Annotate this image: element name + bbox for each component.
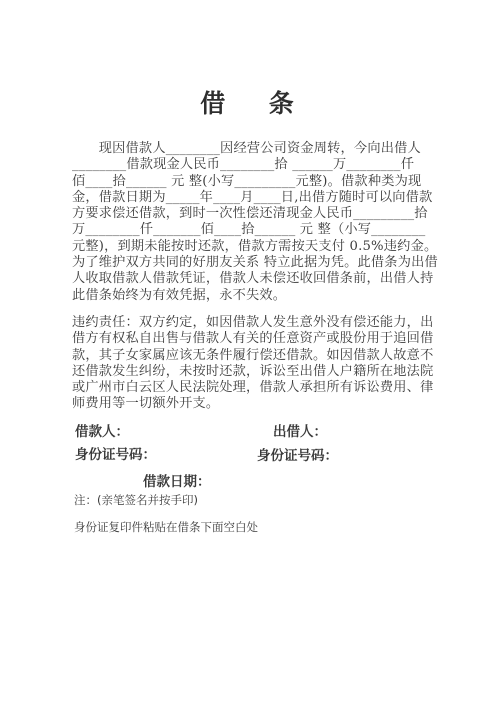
borrower-id-label: 身份证号码：	[75, 443, 156, 463]
loan-terms-line: 此借条始终为有效凭据，永不失效。	[72, 288, 437, 304]
id-copy-instruction-note: 身份证复印件粘贴在借条下面空白处	[74, 519, 258, 535]
loan-terms-line: 为了维护双方共同的好朋友关系 特立此据为凭。此借条为出借	[72, 255, 437, 271]
borrower-label: 借款人：	[75, 420, 129, 440]
loan-terms-line: ________借款现金人民币________拾 ______万________…	[72, 157, 437, 173]
loan-terms-line: 方要求偿还借款，到时一次性偿还清现金人民币_________拾	[72, 206, 437, 222]
document-title: 借 条	[0, 84, 494, 120]
paragraph-loan-terms: 现因借款人________因经营公司资金周转，今向出借人 ________借款现…	[72, 141, 437, 304]
loan-note-document: 借 条 现因借款人________因经营公司资金周转，今向出借人 _______…	[0, 0, 500, 708]
breach-liability-line: 师费用等一切额外开支。	[72, 396, 437, 412]
lender-id-label: 身份证号码：	[257, 444, 338, 464]
loan-terms-line: 人收取借款人借款凭证，借款人未偿还收回借条前，出借人持	[72, 271, 437, 287]
loan-terms-line: 金，借款日期为_____年____月____日,出借方随时可以向借款	[72, 190, 437, 206]
loan-terms-line: 现因借款人________因经营公司资金周转，今向出借人	[72, 141, 437, 157]
breach-liability-line: 款，其子女家属应该无条件履行偿还借款。如因借款人故意不	[72, 348, 437, 364]
loan-terms-line: 万________仟_______佰____拾______ 元 整（小写____…	[72, 222, 437, 238]
loan-terms-line: 元整)，到期未能按时还款，借款方需按天支付 0.5%违约金。	[72, 239, 437, 255]
breach-liability-line: 还借款发生纠纷，未按时还款，诉讼至出借人户籍所在地法院	[72, 364, 437, 380]
paragraph-breach-liability: 违约责任：双方约定，如因借款人发生意外没有偿还能力，出 借方有权私自出售与借款人…	[72, 315, 437, 413]
breach-liability-line: 借方有权私自出售与借款人有关的任意资产或股份用于追回借	[72, 331, 437, 347]
breach-liability-line: 违约责任：双方约定，如因借款人发生意外没有偿还能力，出	[72, 315, 437, 331]
loan-terms-line: 佰____拾______ 元 整(小写_________元整)。借款种类为现	[72, 174, 437, 190]
lender-label: 出借人：	[273, 420, 327, 440]
loan-date-label: 借款日期：	[143, 470, 211, 490]
signature-instruction-note: 注：(亲笔签名并按手印)	[74, 492, 198, 508]
breach-liability-line: 或广州市白云区人民法院处理，借款人承担所有诉讼费用、律	[72, 380, 437, 396]
